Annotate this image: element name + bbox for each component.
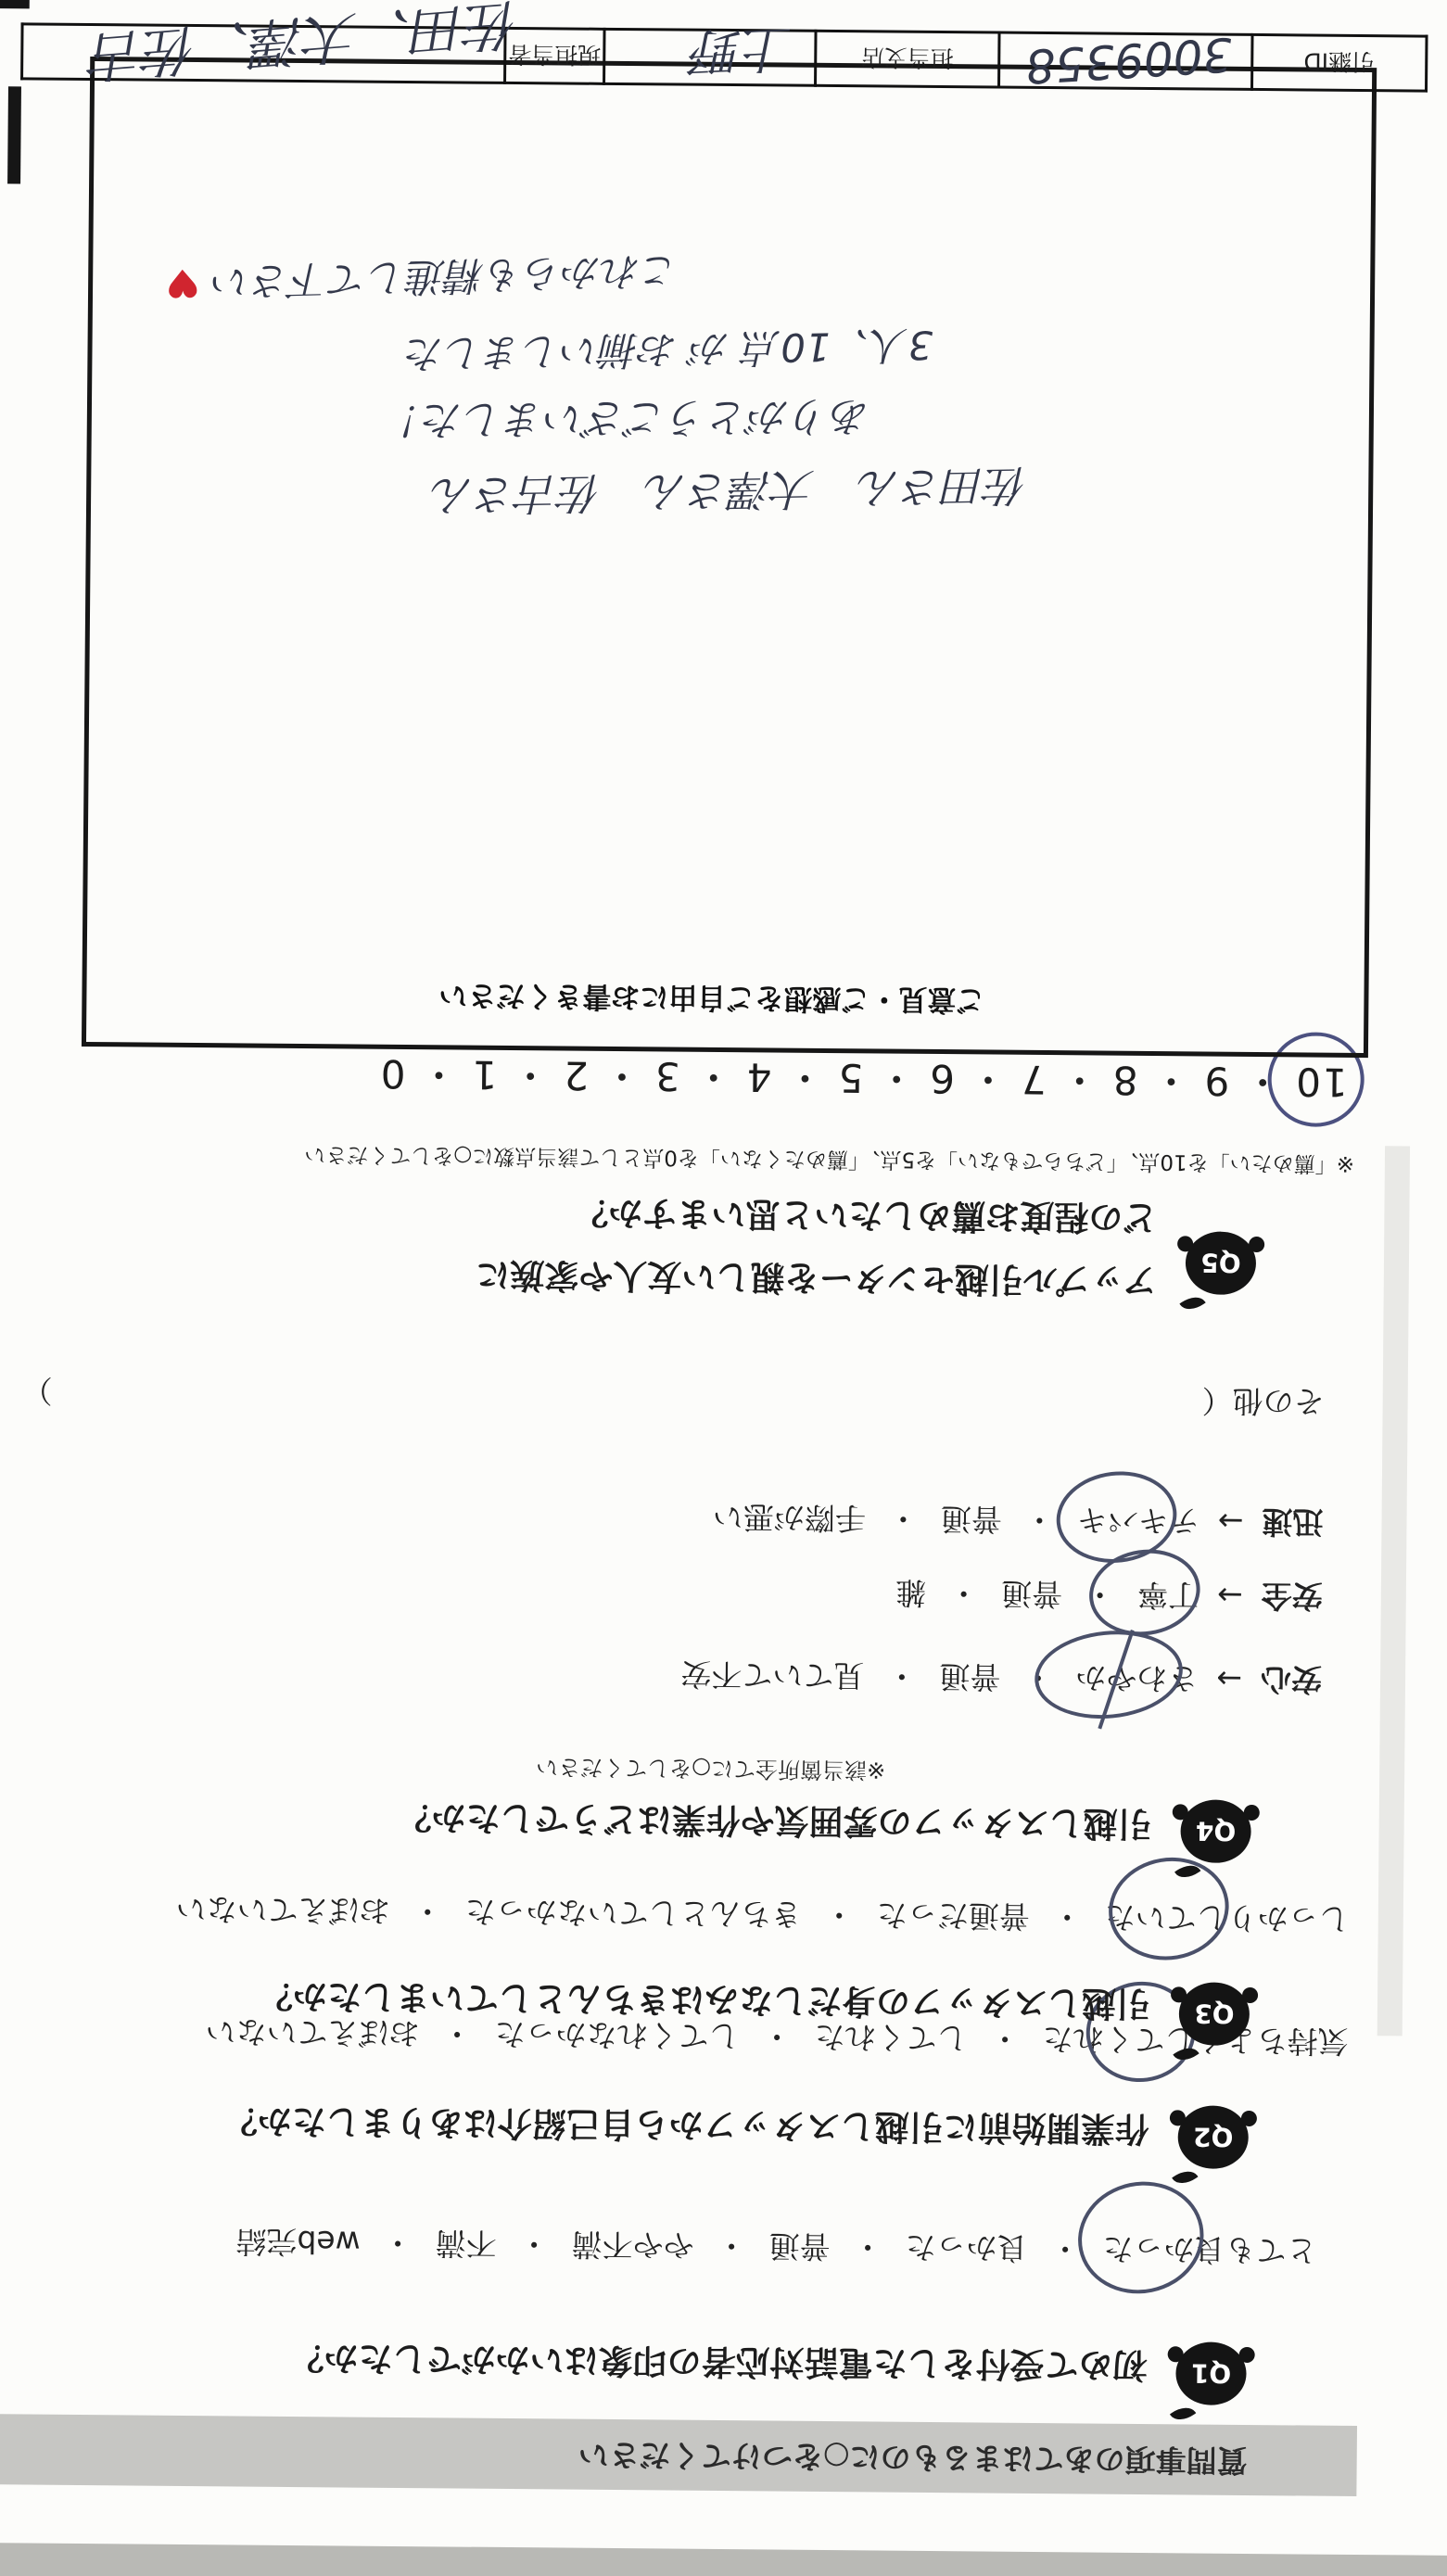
- q5-question-line1: アップル引越センターを親しい友人や家族に: [476, 1253, 1157, 1309]
- q5-question-line2: どの程度お薦めしたいと思いますか？: [574, 1191, 1157, 1246]
- q3-question: 引越しスタッフの身だしなみはきちんとしていましたか？: [259, 1974, 1150, 2032]
- scale-8: 8: [1111, 1058, 1138, 1103]
- separator-dot: ・: [717, 2227, 747, 2264]
- scan-edge-mark: [7, 86, 21, 184]
- scanned-survey-screenshot: { "sep": "・", "arrow": "→", "colors": { …: [0, 0, 1447, 2576]
- option: 見ていて不安: [680, 1656, 864, 1694]
- option: 普通: [941, 1501, 1002, 1538]
- scale-2: 2: [562, 1052, 589, 1098]
- separator-dot: ・: [886, 1658, 917, 1694]
- leaf-icon: [1179, 1291, 1205, 1315]
- nps-scale: 10・9・8・7・6・5・4・3・2・1・0: [378, 1048, 1347, 1112]
- option: 普通: [1001, 1576, 1062, 1613]
- scan-corner-mark: [0, 0, 30, 8]
- q2-question: 作業開始前に引越しスタッフから自己紹介はありましたか？: [223, 2099, 1149, 2157]
- header-cell-branch-label: 担当支店: [816, 31, 1000, 87]
- row-label: 安全: [1262, 1578, 1323, 1615]
- separator-dot: ・: [1052, 1898, 1083, 1935]
- scale-7: 7: [1020, 1057, 1047, 1102]
- pen-circle-q4-anshin: [1031, 1624, 1187, 1725]
- option: 手際が悪い: [713, 1499, 866, 1536]
- q4-row-anshin: 安心→さわやか・普通・見ていて不安: [680, 1655, 1322, 1704]
- q4-question: 引越しスタッフの雰囲気や作業はどうでしたか？: [397, 1796, 1151, 1852]
- separator-dot: ・: [413, 1893, 443, 1929]
- separator-dot: ・: [519, 2226, 550, 2262]
- separator-dot: ・: [853, 2228, 883, 2265]
- option: おぼえていない: [176, 1891, 390, 1929]
- arrow-icon: →: [1217, 1578, 1243, 1614]
- q5-badge-label: Q5: [1200, 1248, 1241, 1278]
- separator-dot: ・: [601, 1053, 641, 1098]
- header-cell-id-label: 引継ID: [1252, 34, 1428, 91]
- separator-dot: ・: [1024, 1502, 1055, 1538]
- option: 雑: [895, 1575, 926, 1611]
- pen-circle-q1: [1068, 2171, 1213, 2305]
- arrow-icon: →: [1216, 1661, 1242, 1697]
- separator-dot: ・: [1050, 2230, 1081, 2266]
- q1-question: 初めて受付をした電話対応者の印象はいかがでしたか？: [289, 2336, 1147, 2393]
- option: 普通: [769, 2227, 831, 2265]
- scanner-shadow-strip: [1377, 1146, 1410, 2036]
- row-label: 迅速: [1262, 1504, 1323, 1541]
- handwriting-wish-text: これからも精進して下さい: [212, 247, 680, 305]
- option: きちんとしていなかった: [465, 1894, 802, 1933]
- separator-dot: ・: [875, 1055, 916, 1100]
- scale-0: 0: [379, 1051, 406, 1097]
- row-label: 安心: [1261, 1661, 1322, 1698]
- scale-5: 5: [836, 1055, 863, 1100]
- q4-badge: Q4: [1180, 1799, 1251, 1863]
- q3-badge: Q3: [1179, 1982, 1250, 2046]
- comment-box: [82, 57, 1377, 1058]
- option: 良かった: [906, 2229, 1028, 2266]
- scale-4: 4: [745, 1054, 772, 1099]
- leaf-icon: [1170, 2402, 1196, 2426]
- separator-dot: ・: [967, 1056, 1008, 1101]
- handwritten-branch: 上野: [692, 16, 794, 92]
- survey-page-rotated-180: 質問事項のあてはまるものに○をつけてください Q1 初めて受付をした電話対応者の…: [0, 0, 1447, 2556]
- separator-dot: ・: [417, 1051, 458, 1097]
- handwriting-line-thanks: ありがとうございました！: [382, 390, 872, 454]
- scale-6: 6: [928, 1056, 955, 1101]
- separator-dot: ・: [1058, 1057, 1098, 1102]
- separator-dot: ・: [824, 1897, 855, 1933]
- heart-icon: ♥: [165, 260, 201, 306]
- q4-row-jinsoku: 迅速→テキパキ・普通・手際が悪い: [713, 1497, 1324, 1546]
- leaf-icon: [1172, 2165, 1198, 2189]
- handwriting-line-score: 3人、10点 が お揃いしました: [405, 319, 933, 384]
- q1-badge-label: Q1: [1191, 2358, 1232, 2389]
- section-title: 質問事項のあてはまるものに○をつけてください: [0, 2414, 1357, 2496]
- option: 不満: [436, 2225, 497, 2262]
- scale-9: 9: [1202, 1059, 1229, 1104]
- q2-badge: Q2: [1177, 2105, 1249, 2169]
- scale-1: 1: [470, 1052, 497, 1098]
- separator-dot: ・: [783, 1055, 824, 1100]
- q2-badge-label: Q2: [1193, 2122, 1234, 2152]
- section-title-bar: 質問事項のあてはまるものに○をつけてください: [0, 2414, 1357, 2496]
- separator-dot: ・: [509, 1052, 550, 1098]
- q1-badge: Q1: [1175, 2341, 1247, 2405]
- arrow-icon: →: [1218, 1504, 1244, 1540]
- q5-badge: Q5: [1186, 1231, 1257, 1295]
- separator-dot: ・: [692, 1054, 733, 1099]
- scale-3: 3: [654, 1053, 680, 1098]
- option: web完結: [235, 2223, 361, 2260]
- q4-note: ※該当箇所全てに○をしてください: [536, 1753, 885, 1788]
- separator-dot: ・: [1149, 1058, 1190, 1103]
- option: 普通だった: [877, 1897, 1030, 1934]
- pen-circle-q3: [1101, 1848, 1237, 1969]
- q4-badge-label: Q4: [1196, 1816, 1237, 1846]
- option: 普通: [939, 1658, 1000, 1695]
- separator-dot: ・: [383, 2225, 413, 2261]
- handwriting-line-names: 佐田さん 大澤さん 佐古さん: [431, 457, 1029, 528]
- option: やや不満: [572, 2227, 694, 2264]
- q5-note: ※「薦めたい」を10点、「どちらでもない」を5点、「薦めたくない」を0点として該…: [304, 1141, 1354, 1181]
- separator-dot: ・: [888, 1501, 919, 1537]
- comment-box-label: ご意見・ご感想をご自由にお書きください: [438, 977, 984, 1023]
- q3-badge-label: Q3: [1194, 1999, 1235, 2029]
- q4-other-open: その他（: [1201, 1381, 1324, 1426]
- separator-dot: ・: [948, 1575, 979, 1611]
- q4-other-close: ）: [21, 1370, 52, 1414]
